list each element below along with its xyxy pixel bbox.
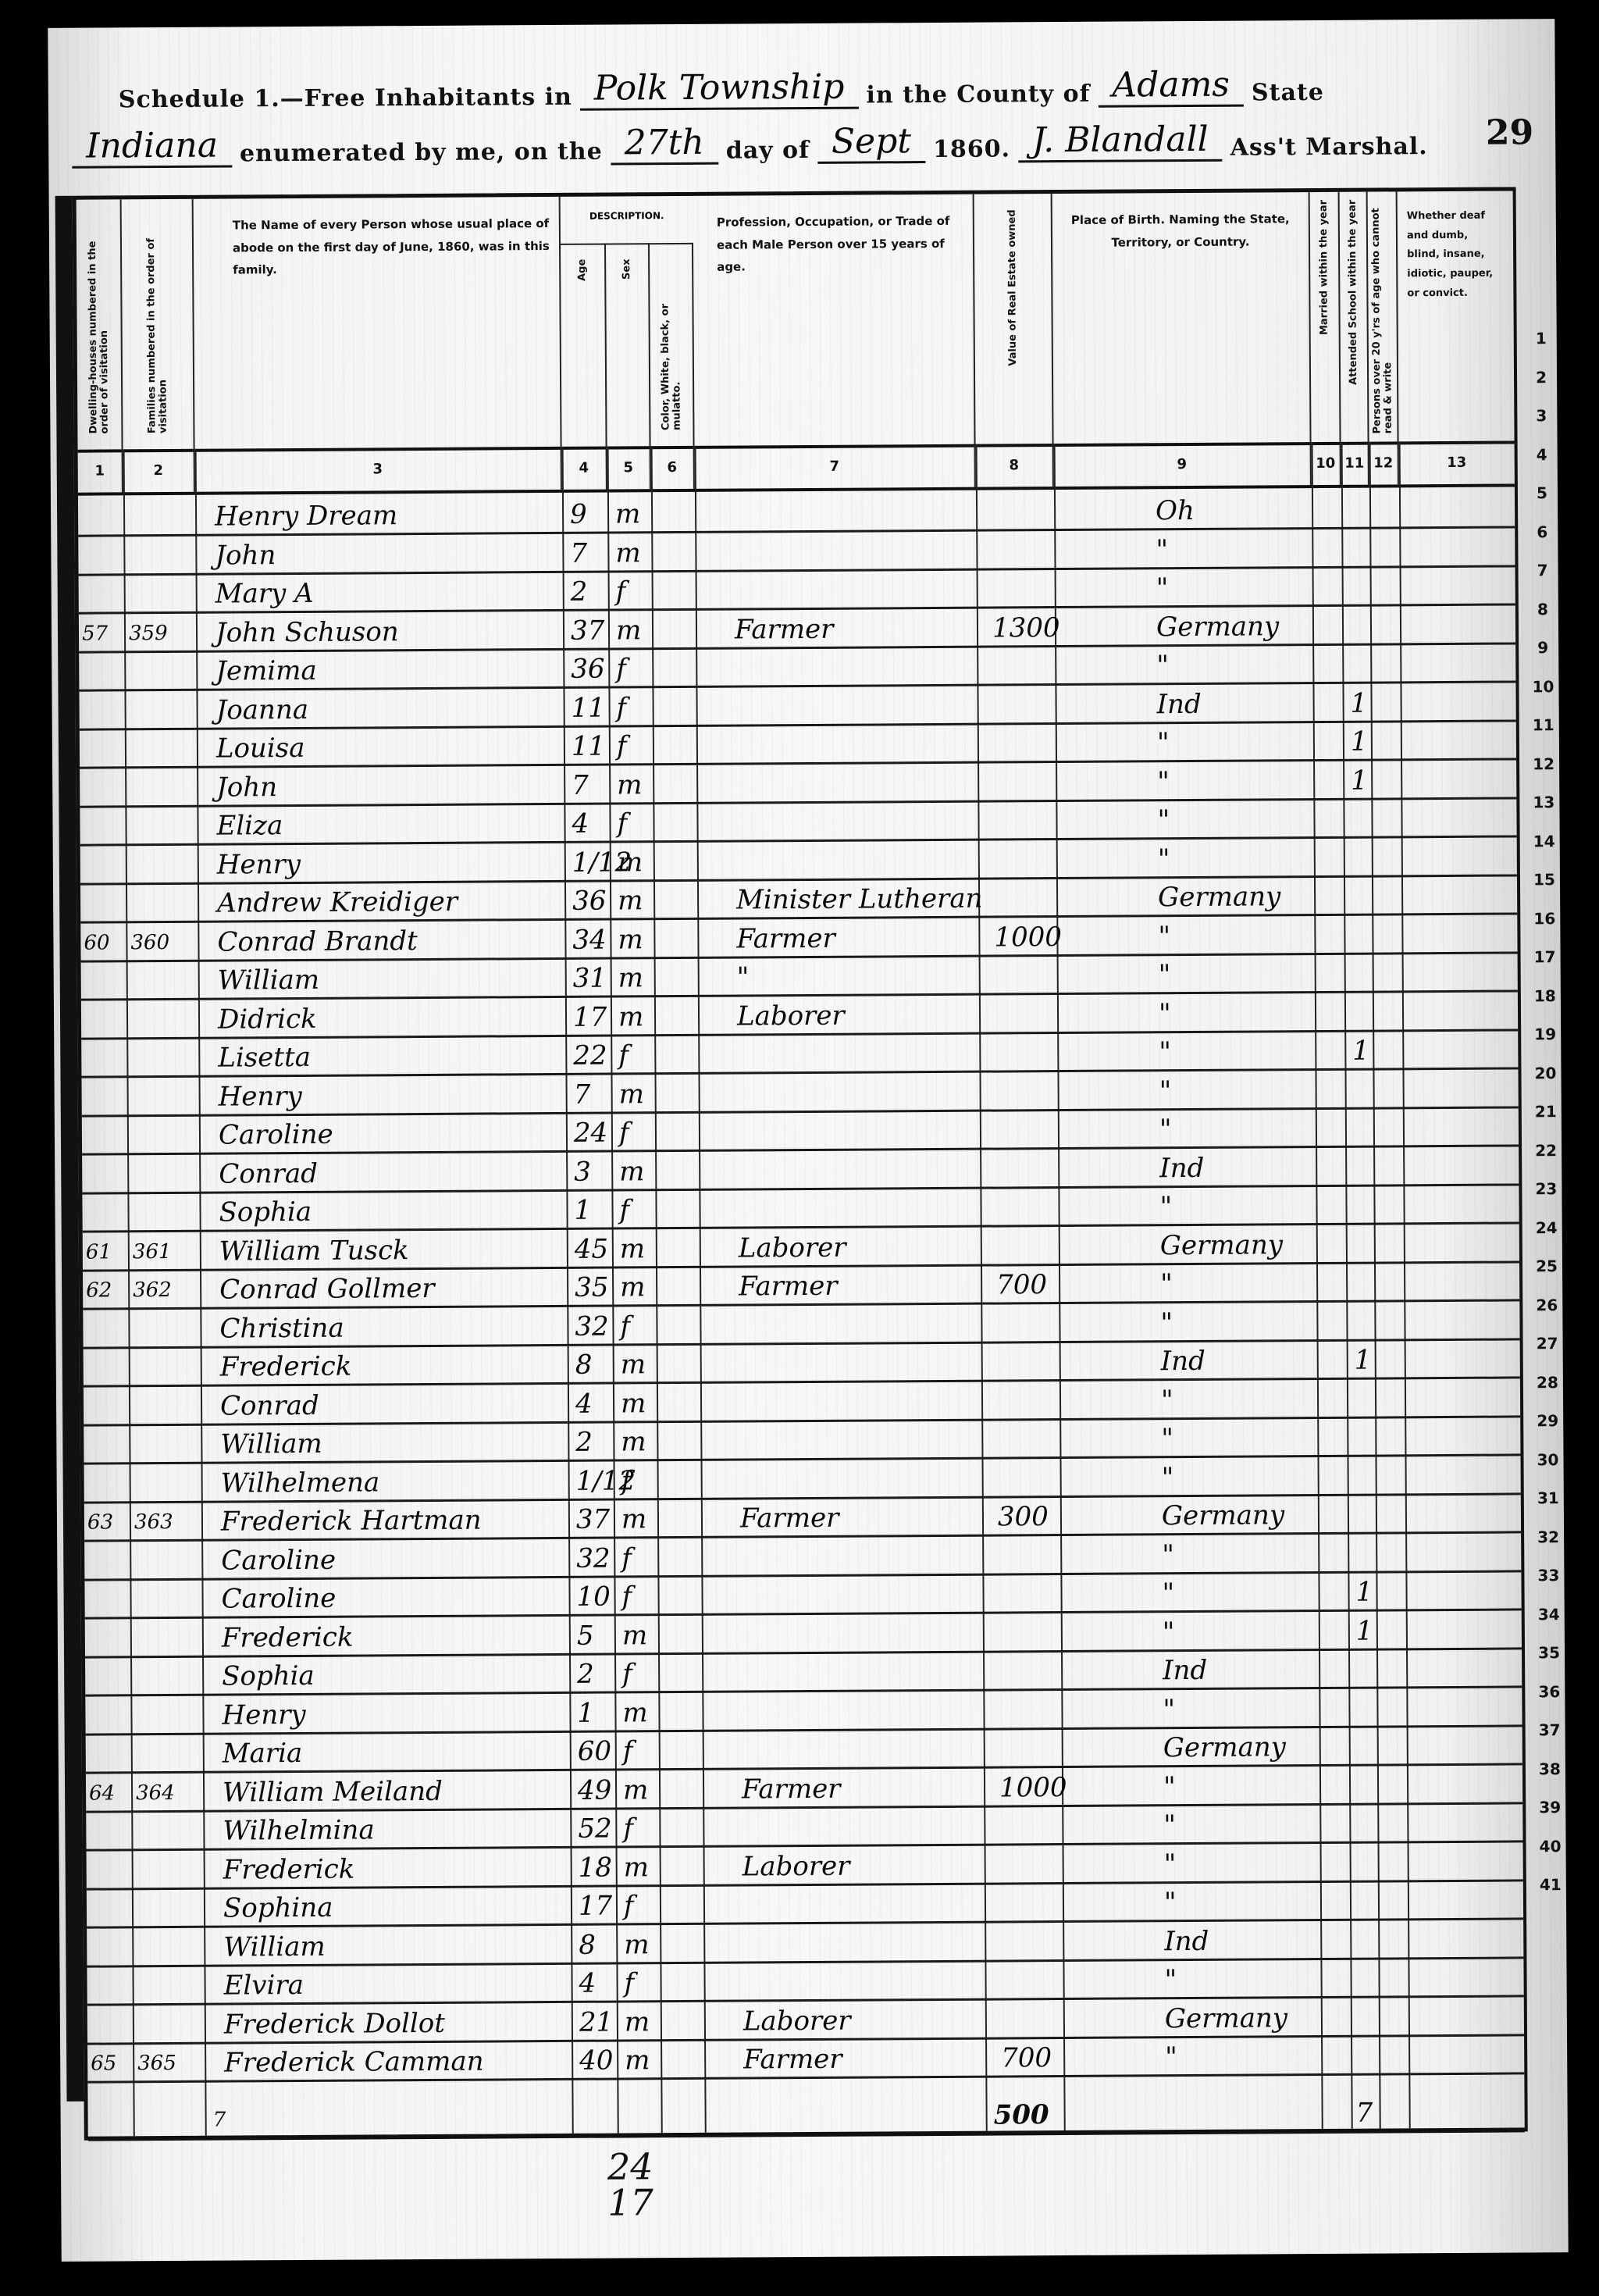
sex: m	[621, 1342, 646, 1382]
enumerated-label: enumerated by me, on the	[240, 138, 603, 168]
sex: m	[625, 2038, 650, 2077]
row-42-mark: 7	[212, 2098, 226, 2137]
birthplace: Oh	[1156, 489, 1195, 528]
header-line-1: Schedule 1.—Free Inhabitants in Polk Tow…	[48, 58, 1555, 114]
real-estate-value: 1300	[992, 606, 1060, 646]
sex: f	[618, 1033, 629, 1072]
line-number: 39	[1534, 1798, 1565, 1816]
age: 36	[572, 879, 607, 918]
sex: f	[624, 1884, 634, 1923]
person-name: Mary A	[215, 572, 314, 611]
birthplace: "	[1158, 914, 1170, 954]
sex: m	[620, 1265, 646, 1304]
age: 49	[578, 1768, 612, 1807]
person-name: Frederick Hartman	[221, 1499, 482, 1539]
line-number: 17	[1530, 947, 1561, 966]
birthplace: "	[1160, 1301, 1173, 1340]
marshal-label: Ass't Marshal.	[1230, 133, 1428, 162]
sex: f	[619, 1188, 629, 1227]
age: 8	[575, 1343, 593, 1382]
line-number: 25	[1531, 1257, 1562, 1275]
occupation: "	[737, 955, 750, 994]
sex: m	[615, 492, 641, 531]
person-name: John Schuson	[215, 610, 399, 650]
age: 5	[577, 1613, 594, 1652]
year-label: 1860.	[933, 135, 1010, 163]
header-suffix: State	[1252, 79, 1324, 107]
census-table: Dwelling-houses numbered in the order of…	[73, 187, 1528, 2140]
line-number: 8	[1527, 600, 1558, 619]
birthplace: "	[1156, 528, 1168, 567]
colnum-2: 2	[123, 449, 195, 493]
sex: m	[621, 1497, 647, 1536]
person-name: Maria	[223, 1731, 303, 1771]
birthplace: Germany	[1160, 1223, 1283, 1263]
person-name: Frederick Camman	[224, 2040, 484, 2080]
colnum-8: 8	[976, 444, 1054, 487]
age: 32	[575, 1304, 609, 1343]
line-number: 31	[1533, 1488, 1564, 1507]
person-name: Conrad Brandt	[217, 919, 418, 960]
line-number: 28	[1532, 1373, 1563, 1392]
sex: m	[618, 995, 644, 1034]
sex: m	[621, 1382, 646, 1421]
dwelling-number: 62	[86, 1268, 112, 1307]
school-mark: 1	[1356, 1609, 1373, 1648]
real-estate-value: 700	[996, 1263, 1047, 1302]
birthplace: Ind	[1161, 1339, 1205, 1378]
line-number: 2	[1526, 368, 1557, 387]
header-illiterate: Persons over 20 y'rs of age who cannot r…	[1368, 191, 1399, 441]
person-name: Henry	[218, 1074, 301, 1114]
sex: m	[622, 1613, 648, 1652]
sex: m	[619, 1150, 645, 1189]
line-number: 4	[1526, 445, 1558, 464]
line-number: 33	[1533, 1566, 1564, 1585]
birthplace: "	[1158, 837, 1170, 876]
sex: m	[617, 763, 643, 802]
header-real-estate: Value of Real Estate owned	[974, 194, 1054, 444]
real-estate-total: 500	[993, 2093, 1049, 2132]
occupation: Laborer	[737, 993, 845, 1033]
column-header-row: Dwelling-houses numbered in the order of…	[77, 191, 1515, 452]
school-mark: 1	[1355, 1339, 1372, 1378]
age: 4	[575, 1382, 593, 1421]
header-prefix: Schedule 1.—Free Inhabitants in	[119, 84, 572, 114]
birthplace: "	[1159, 1107, 1172, 1146]
line-number: 21	[1530, 1102, 1562, 1121]
dwelling-number: 65	[91, 2041, 116, 2080]
state-field: Indiana	[72, 125, 232, 168]
person-name: Elvira	[223, 1963, 304, 2003]
line-number: 30	[1532, 1450, 1563, 1469]
sex: f	[623, 1806, 633, 1845]
person-name: Sophia	[219, 1190, 312, 1230]
person-name: Wilhelmina	[223, 1808, 375, 1848]
header-school: Attended School within the year	[1340, 192, 1369, 442]
birthplace: "	[1164, 1881, 1177, 1920]
page-number: 29	[1486, 112, 1534, 152]
person-name: Didrick	[218, 996, 317, 1036]
person-name: Caroline	[221, 1577, 336, 1617]
birthplace: "	[1160, 1262, 1173, 1301]
line-number: 29	[1532, 1411, 1563, 1430]
enumerator-field: J. Blandall	[1018, 119, 1223, 163]
person-name: Frederick	[220, 1345, 352, 1385]
census-page: Schedule 1.—Free Inhabitants in Polk Tow…	[48, 19, 1568, 2262]
age: 7	[570, 531, 587, 570]
person-name: Conrad	[220, 1383, 319, 1423]
school-total: 7	[1355, 2091, 1373, 2130]
person-name: Lisetta	[218, 1036, 311, 1075]
age: 1	[577, 1691, 594, 1730]
occupation: Farmer	[742, 1767, 841, 1806]
person-name: Henry	[217, 842, 301, 882]
line-number: 14	[1529, 832, 1560, 850]
month-field: Sept	[817, 121, 925, 164]
birthplace: Germany	[1165, 1996, 1287, 2036]
age: 2	[575, 1421, 593, 1460]
line-number: 1	[1526, 329, 1557, 348]
occupation: Laborer	[743, 1998, 851, 2038]
school-mark: 1	[1351, 758, 1368, 797]
person-name: Caroline	[219, 1113, 333, 1153]
dwelling-number: 64	[89, 1771, 115, 1810]
line-number: 20	[1530, 1064, 1561, 1082]
birthplace: "	[1159, 1030, 1171, 1069]
colnum-12: 12	[1369, 441, 1399, 484]
birthplace: "	[1157, 760, 1170, 799]
header-dwelling: Dwelling-houses numbered in the order of…	[77, 199, 123, 449]
person-name: Sophina	[223, 1886, 333, 1926]
sex: m	[623, 1768, 649, 1807]
birthplace: "	[1165, 2035, 1177, 2074]
age: 4	[572, 802, 589, 841]
person-name: Andrew Kreidiger	[217, 880, 458, 921]
birthplace: Ind	[1159, 1146, 1204, 1185]
birthplace: "	[1163, 1765, 1176, 1804]
sex: f	[619, 1111, 629, 1150]
age: 52	[578, 1807, 612, 1846]
age: 36	[571, 647, 605, 686]
age: 1	[574, 1189, 591, 1228]
family-number: 364	[136, 1770, 175, 1809]
person-name: Conrad	[219, 1151, 318, 1191]
line-number: 41	[1535, 1875, 1566, 1894]
person-name: Sophia	[222, 1654, 315, 1694]
header-age: Age	[561, 244, 607, 447]
birthplace: "	[1157, 798, 1170, 837]
sex: m	[625, 2000, 650, 2039]
sex: m	[620, 1227, 646, 1266]
colnum-11: 11	[1341, 442, 1369, 485]
person-name: Caroline	[221, 1538, 336, 1578]
birthplace: "	[1163, 1610, 1175, 1649]
sex: f	[617, 724, 627, 763]
colnum-6: 6	[651, 446, 695, 489]
sex: f	[621, 1574, 632, 1613]
line-number: 32	[1533, 1528, 1564, 1546]
line-number: 12	[1528, 754, 1559, 773]
occupation: Laborer	[743, 1844, 850, 1884]
line-number: 9	[1527, 638, 1558, 657]
birthplace: "	[1161, 1417, 1173, 1456]
person-name: Henry Dream	[215, 494, 397, 533]
person-name: Joanna	[215, 687, 308, 727]
sex: m	[618, 1072, 644, 1111]
age: 2	[577, 1652, 594, 1692]
dwelling-number: 60	[84, 921, 109, 960]
occupation: Minister Lutheran	[736, 877, 983, 918]
sex: m	[622, 1691, 648, 1730]
birthplace: "	[1163, 1842, 1176, 1881]
family-number: 360	[130, 920, 169, 959]
person-name: Louisa	[216, 726, 305, 766]
sex: f	[623, 1729, 633, 1768]
sex: f	[616, 686, 626, 725]
line-number: 35	[1533, 1643, 1565, 1662]
birthplace: "	[1159, 1069, 1171, 1108]
birthplace: Ind	[1164, 1919, 1209, 1958]
person-name: Frederick Dollot	[224, 2001, 445, 2041]
occupation: Farmer	[735, 607, 834, 647]
header-sex: Sex	[606, 243, 651, 446]
birthplace: "	[1164, 1958, 1177, 1997]
age: 11	[572, 725, 606, 764]
real-estate-value: 1000	[994, 915, 1062, 955]
occupation: Farmer	[739, 1264, 838, 1304]
dwelling-number: 63	[87, 1500, 113, 1539]
age: 2	[571, 570, 588, 609]
school-mark: 1	[1351, 720, 1368, 759]
line-number: 37	[1534, 1720, 1565, 1739]
sex: f	[617, 801, 627, 840]
sex: f	[622, 1652, 632, 1691]
family-number: 365	[137, 2041, 176, 2080]
birthplace: Germany	[1162, 1493, 1284, 1533]
line-number: 15	[1529, 870, 1560, 889]
birthplace: "	[1163, 1688, 1175, 1727]
sex: m	[616, 608, 642, 647]
age: 37	[571, 608, 605, 647]
header-middle: in the County of	[866, 80, 1090, 109]
header-infirmity: Whether deaf and dumb, blind, insane, id…	[1398, 191, 1515, 441]
sex: f	[624, 1961, 634, 2000]
header-family: Families numbered in the order of visita…	[122, 199, 195, 450]
line-number: 23	[1530, 1179, 1562, 1198]
header-description-group: DESCRIPTION.	[561, 196, 693, 245]
birthplace: "	[1161, 1456, 1173, 1495]
sex: m	[621, 1420, 646, 1459]
school-mark: 1	[1352, 1029, 1369, 1068]
age: 17	[579, 1884, 613, 1923]
line-number: 24	[1531, 1218, 1562, 1237]
birthplace: "	[1162, 1533, 1174, 1572]
sex: f	[621, 1536, 632, 1575]
person-name: Jemima	[215, 649, 317, 689]
birthplace: Germany	[1163, 1725, 1286, 1765]
occupation: Farmer	[743, 2038, 842, 2077]
sex: m	[618, 879, 643, 918]
sex: f	[621, 1459, 631, 1498]
person-name: William	[220, 1422, 322, 1462]
real-estate-value: 700	[1001, 2036, 1052, 2075]
age: 8	[579, 1923, 596, 1962]
sex: m	[624, 1923, 650, 1962]
person-name: William	[218, 958, 320, 998]
line-number: 5	[1526, 483, 1558, 502]
line-number: 36	[1533, 1682, 1565, 1701]
colnum-4: 4	[562, 447, 607, 490]
header-birthplace: Place of Birth. Naming the State, Territ…	[1052, 192, 1312, 444]
line-number: 19	[1530, 1025, 1561, 1043]
row-42-footer: 7 500 7	[87, 2090, 1524, 2141]
sex: m	[624, 1845, 650, 1884]
age: 21	[579, 2000, 614, 2039]
birthplace: Ind	[1163, 1649, 1207, 1688]
birthplace: "	[1161, 1378, 1173, 1417]
line-number: 11	[1528, 715, 1559, 734]
sex: m	[618, 956, 644, 995]
tally-bottom: 17	[607, 2184, 653, 2220]
header-married: Married within the year	[1310, 192, 1341, 442]
age: 60	[578, 1730, 612, 1769]
day-field: 27th	[611, 123, 718, 166]
line-number: 26	[1531, 1296, 1562, 1314]
person-name: Conrad Gollmer	[219, 1267, 435, 1307]
person-name: William	[223, 1924, 326, 1964]
line-number: 22	[1530, 1141, 1562, 1160]
age: 10	[576, 1575, 611, 1614]
day-of-label: day of	[726, 137, 810, 165]
line-number: 27	[1532, 1334, 1563, 1353]
person-name: William Tusck	[219, 1228, 409, 1268]
header-occupation: Profession, Occupation, or Trade of each…	[693, 194, 976, 446]
birthplace: "	[1159, 992, 1171, 1031]
line-number: 7	[1526, 561, 1558, 579]
line-number: 40	[1534, 1837, 1565, 1856]
person-name: Frederick	[223, 1847, 355, 1887]
person-name: Henry	[222, 1692, 305, 1732]
age: 40	[579, 2039, 614, 2078]
age: 17	[573, 995, 607, 1034]
age: 11	[571, 686, 605, 725]
page-tally: 24 17	[607, 2148, 653, 2220]
age: 32	[576, 1536, 611, 1575]
tally-top: 24	[607, 2148, 653, 2184]
person-name: Frederick	[222, 1615, 354, 1655]
birthplace: "	[1157, 721, 1170, 760]
person-name: John	[216, 765, 277, 804]
colnum-10: 10	[1312, 442, 1341, 485]
birthplace: "	[1156, 644, 1169, 683]
line-number: 16	[1529, 909, 1560, 928]
family-number: 363	[134, 1500, 173, 1539]
age: 24	[574, 1111, 608, 1150]
occupation: Farmer	[740, 1496, 839, 1536]
birthplace: Germany	[1158, 875, 1280, 914]
colnum-3: 3	[195, 447, 562, 492]
school-mark: 1	[1350, 681, 1367, 720]
age: 7	[572, 763, 589, 802]
birthplace: "	[1159, 953, 1171, 992]
dwelling-number: 61	[86, 1230, 112, 1269]
birthplace: "	[1159, 1185, 1172, 1224]
birthplace: "	[1162, 1571, 1174, 1610]
age: 18	[579, 1845, 613, 1884]
person-name: Wilhelmena	[220, 1460, 379, 1500]
colnum-13: 13	[1399, 440, 1515, 484]
age: 7	[573, 1072, 590, 1111]
birthplace: Germany	[1156, 604, 1279, 644]
header-line-2: Indiana enumerated by me, on the 27th da…	[48, 112, 1555, 169]
line-number: 18	[1530, 986, 1561, 1005]
age: 35	[575, 1266, 609, 1305]
birthplace: "	[1163, 1803, 1176, 1842]
real-estate-value: 300	[998, 1495, 1049, 1534]
age: 37	[576, 1498, 611, 1537]
colnum-9: 9	[1054, 442, 1312, 487]
birthplace: Ind	[1156, 682, 1201, 721]
occupation: Laborer	[739, 1225, 846, 1265]
sex: m	[618, 918, 643, 957]
age: 4	[579, 1962, 596, 2001]
line-number: 34	[1533, 1605, 1565, 1624]
line-number: 13	[1528, 793, 1559, 811]
sex: f	[616, 647, 626, 686]
township-field: Polk Township	[580, 67, 859, 111]
school-mark: 1	[1355, 1570, 1373, 1610]
colnum-7: 7	[695, 444, 976, 489]
sex: m	[618, 840, 643, 879]
family-number: 359	[129, 611, 168, 650]
real-estate-value: 1000	[999, 1765, 1067, 1805]
family-number: 362	[133, 1268, 172, 1307]
dwelling-number: 57	[82, 611, 108, 651]
header-color: Color, White, black, or mulatto.	[650, 243, 695, 446]
sex: m	[615, 531, 641, 570]
age: 31	[573, 957, 607, 996]
age: 3	[574, 1150, 591, 1189]
table-row: 65365Frederick Camman40mFarmer700"	[87, 2033, 1524, 2083]
colnum-5: 5	[607, 446, 651, 489]
family-number: 361	[133, 1229, 172, 1268]
line-number: 3	[1526, 406, 1557, 425]
person-name: Eliza	[216, 804, 283, 843]
age: 34	[572, 918, 607, 957]
sex: f	[616, 569, 626, 608]
county-field: Adams	[1098, 65, 1244, 108]
person-name: William Meiland	[223, 1769, 443, 1809]
line-number: 10	[1527, 677, 1558, 696]
person-name: John	[215, 533, 276, 572]
age: 22	[573, 1034, 607, 1073]
colnum-1: 1	[78, 449, 123, 492]
line-number: 38	[1534, 1759, 1565, 1778]
person-name: Christina	[219, 1306, 344, 1346]
age: 9	[570, 493, 587, 532]
occupation: Farmer	[736, 916, 835, 956]
sex: f	[620, 1304, 630, 1343]
header-name: The Name of every Person whose usual pla…	[194, 197, 562, 449]
age: 45	[575, 1227, 609, 1266]
birthplace: "	[1156, 566, 1169, 605]
line-number: 6	[1526, 522, 1558, 541]
